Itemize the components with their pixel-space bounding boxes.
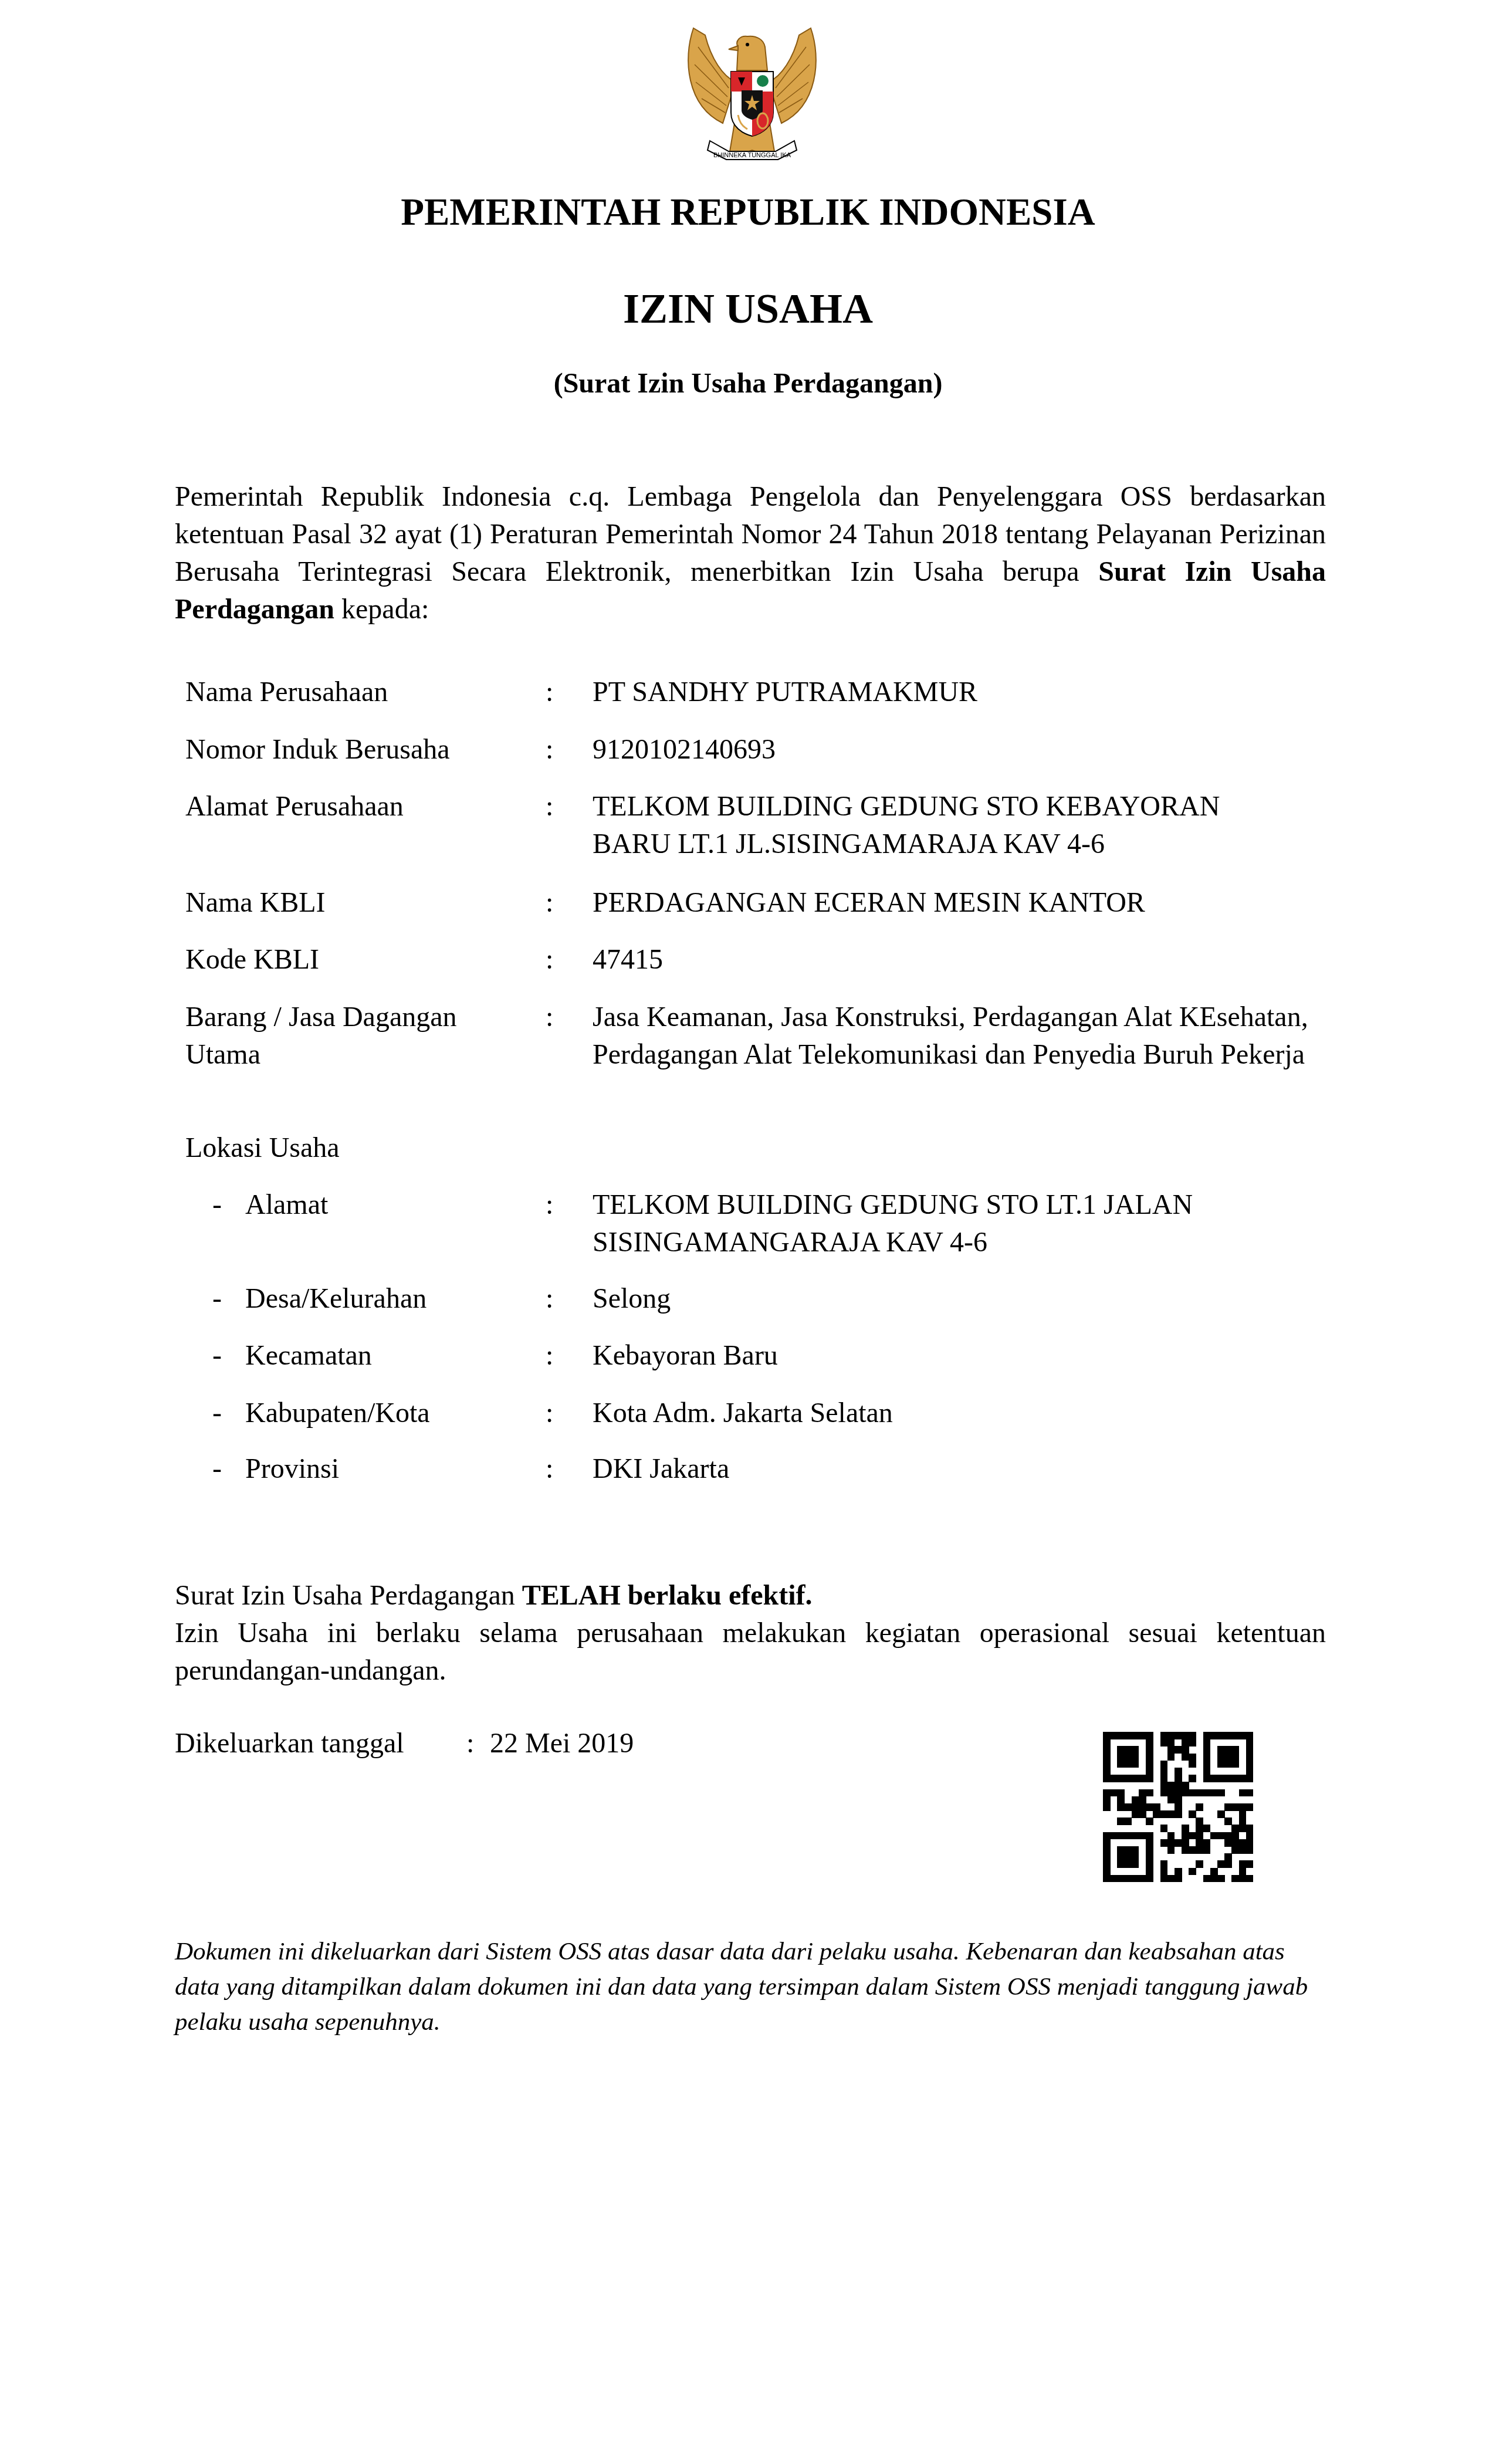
detail-separator: : (546, 1450, 553, 1488)
permit-status: Surat Izin Usaha Perdagangan TELAH berla… (175, 1577, 1326, 1615)
location-heading: Lokasi Usaha (185, 1129, 537, 1167)
location-value: Kebayoran Baru (593, 1337, 1326, 1375)
detail-label: Barang / Jasa Dagangan Utama (185, 999, 490, 1074)
detail-value: 47415 (593, 941, 1326, 979)
detail-separator: : (546, 788, 553, 825)
bullet-dash: - (212, 1280, 222, 1318)
detail-label: Nama KBLI (185, 884, 537, 922)
bullet-dash: - (212, 1395, 222, 1432)
detail-label: Alamat Perusahaan (185, 788, 537, 825)
detail-value: PT SANDHY PUTRAMAKMUR (593, 673, 1326, 711)
location-value: Kota Adm. Jakarta Selatan (593, 1395, 1326, 1432)
status-text: Surat Izin Usaha Perdagangan (175, 1580, 522, 1611)
detail-separator: : (546, 1186, 553, 1224)
qr-code-icon (1103, 1732, 1253, 1882)
status-effective: TELAH berlaku efektif. (522, 1580, 813, 1611)
detail-separator: : (546, 884, 553, 922)
location-value: Selong (593, 1280, 1326, 1318)
detail-separator: : (546, 1280, 553, 1318)
svg-text:BHINNEKA TUNGGAL IKA: BHINNEKA TUNGGAL IKA (713, 152, 791, 159)
location-value: DKI Jakarta (593, 1450, 1326, 1488)
detail-separator: : (546, 941, 553, 979)
detail-value: 9120102140693 (593, 731, 1326, 769)
bullet-dash: - (212, 1450, 222, 1488)
intro-text-end: kepada: (334, 594, 429, 625)
issued-date-label: Dikeluarkan tanggal (175, 1725, 404, 1762)
location-label: Kecamatan (245, 1337, 597, 1375)
permit-validity: Izin Usaha ini berlaku selama perusahaan… (175, 1615, 1326, 1690)
detail-value: TELKOM BUILDING GEDUNG STO KEBAYORAN BAR… (593, 788, 1297, 863)
footer-disclaimer: Dokumen ini dikeluarkan dari Sistem OSS … (175, 1934, 1326, 2040)
detail-label: Nama Perusahaan (185, 673, 537, 711)
detail-separator: : (546, 1395, 553, 1432)
detail-label: Nomor Induk Berusaha (185, 731, 537, 769)
location-label: Kabupaten/Kota (245, 1395, 597, 1432)
detail-label: Kode KBLI (185, 941, 537, 979)
detail-value: Jasa Keamanan, Jasa Konstruksi, Perdagan… (593, 999, 1326, 1074)
detail-value: PERDAGANGAN ECERAN MESIN KANTOR (593, 884, 1326, 922)
detail-separator: : (546, 673, 553, 711)
detail-separator: : (546, 731, 553, 769)
government-heading: PEMERINTAH REPUBLIK INDONESIA (0, 194, 1496, 232)
location-label: Desa/Kelurahan (245, 1280, 597, 1318)
bullet-dash: - (212, 1337, 222, 1375)
detail-separator: : (546, 1337, 553, 1375)
detail-separator: : (546, 999, 553, 1036)
bullet-dash: - (212, 1186, 222, 1224)
location-value: TELKOM BUILDING GEDUNG STO LT.1 JALAN SI… (593, 1186, 1267, 1261)
location-label: Alamat (245, 1186, 597, 1224)
location-label: Provinsi (245, 1450, 597, 1488)
intro-paragraph: Pemerintah Republik Indonesia c.q. Lemba… (175, 478, 1326, 628)
issued-date-value: 22 Mei 2019 (490, 1725, 634, 1762)
document-title: IZIN USAHA (0, 287, 1496, 330)
issued-date-separator: : (466, 1725, 474, 1762)
garuda-pancasila-emblem-icon: BHINNEKA TUNGGAL IKA (682, 12, 823, 169)
document-subtitle: (Surat Izin Usaha Perdagangan) (0, 370, 1496, 398)
